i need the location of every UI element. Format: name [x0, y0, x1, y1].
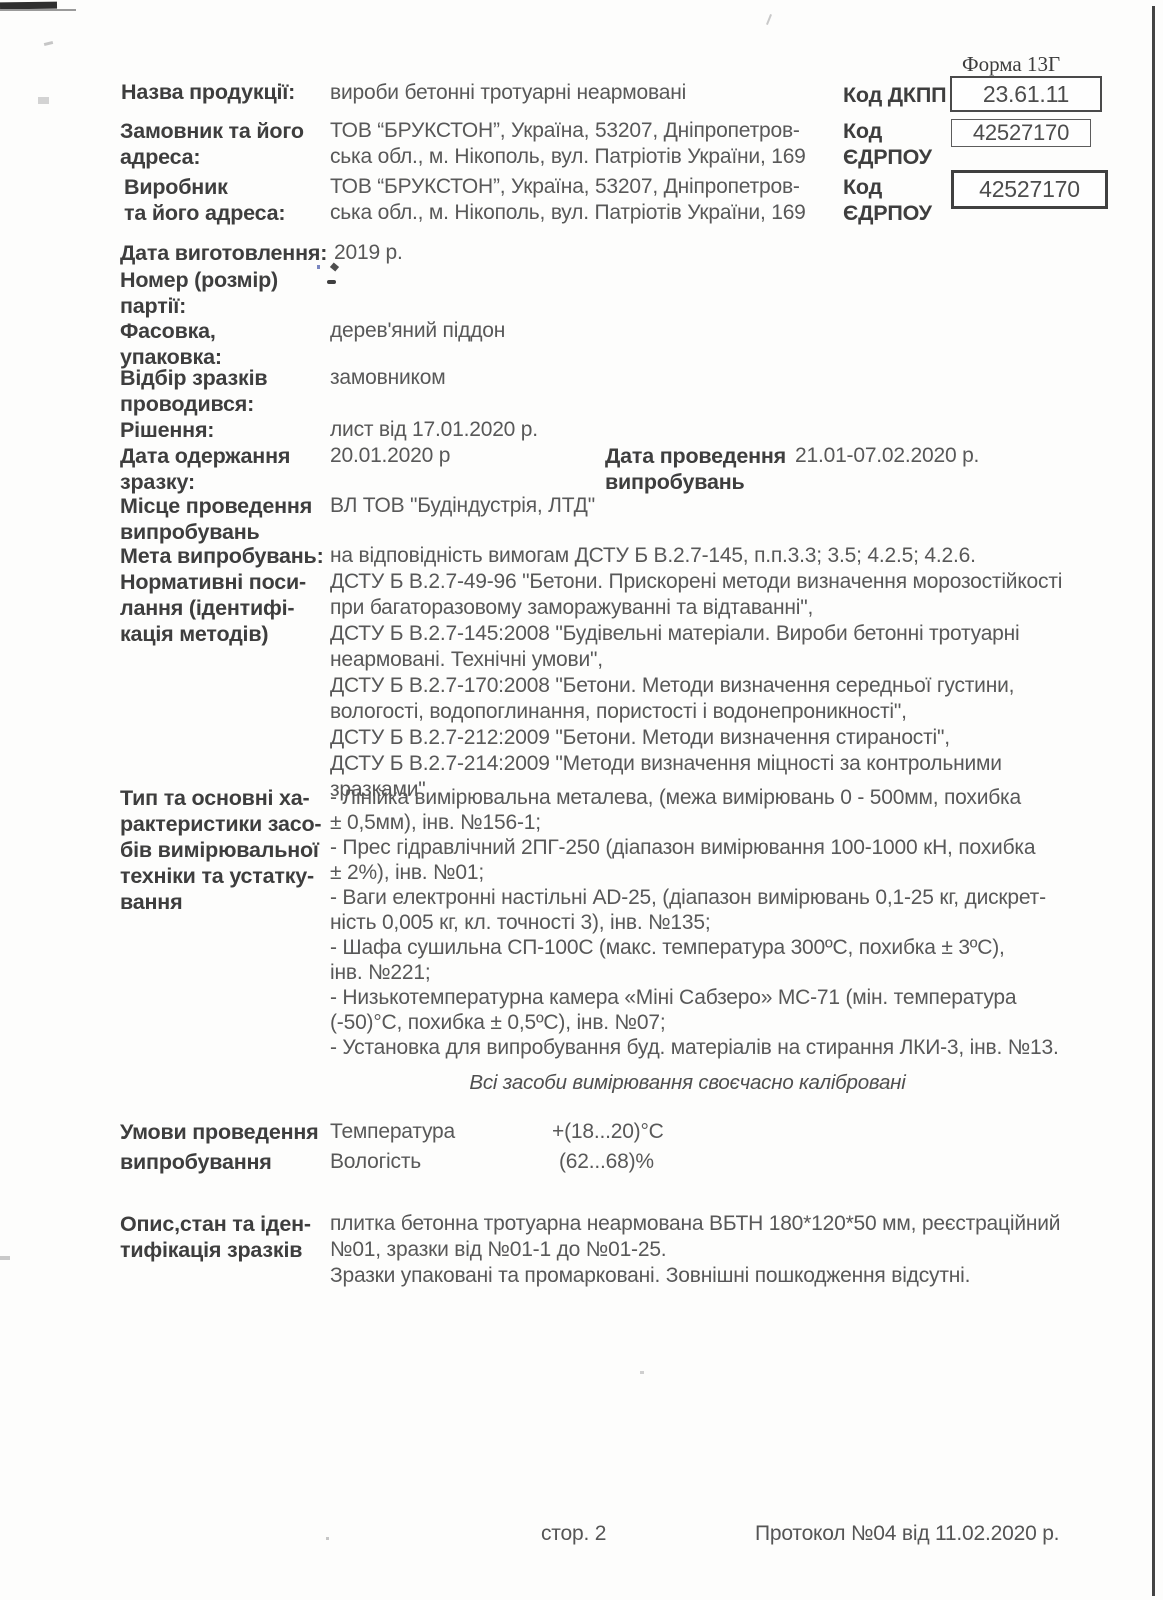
sampling-label-line2: проводився: — [120, 392, 254, 417]
test-dates-label-line1: Дата проведення — [605, 444, 786, 469]
customer-label-line2: адреса: — [120, 145, 200, 170]
scan-smudge — [38, 97, 49, 104]
packing-value: дерев'яний піддон — [330, 319, 505, 343]
manufacturer-value-line1: ТОВ “БРУКСТОН”, Україна, 53207, Дніпропе… — [330, 175, 800, 199]
equipment-value-line: (-50)°С, похибка ± 0,5ºС), інв. №07; — [330, 1011, 1059, 1036]
temperature-value: +(18...20)°С — [552, 1120, 664, 1144]
equipment-label-line: техніки та устатку- — [120, 864, 321, 890]
equipment-value-line: - Лінійка вимірювальна металева, (межа в… — [330, 786, 1059, 811]
normative-value: ДСТУ Б В.2.7-49-96 "Бетони. Прискорені м… — [330, 570, 1062, 804]
normative-value-line: ДСТУ Б В.2.7-214:2009 "Методи визначення… — [330, 752, 1062, 778]
sample-received-value: 20.01.2020 р — [330, 444, 450, 468]
manufacturer-edrpou-value: 42527170 — [979, 176, 1080, 203]
scan-smudge — [44, 41, 53, 46]
test-purpose-value: на відповідність вимогам ДСТУ Б В.2.7-14… — [330, 544, 976, 568]
test-place-label-line2: випробувань — [120, 520, 260, 545]
customer-edrpou-label-line2: ЄДРПОУ — [843, 145, 932, 170]
equipment-label: Тип та основні ха- рактеристики засо- бі… — [120, 786, 321, 916]
normative-value-line: ДСТУ Б В.2.7-49-96 "Бетони. Прискорені м… — [330, 570, 1062, 596]
manufacturer-edrpou-box: 42527170 — [951, 170, 1108, 209]
normative-label: Нормативні поси- лання (ідентифі- кація … — [120, 570, 306, 648]
normative-value-line: при багаторазовому заморажуванні та відт… — [330, 596, 1062, 622]
sample-received-label-line1: Дата одержання — [120, 444, 290, 469]
sample-received-label-line2: зразку: — [120, 470, 195, 495]
equipment-value-line: - Низькотемпературна камера «Міні Сабзер… — [330, 986, 1059, 1011]
description-label-line2: тифікація зразків — [120, 1238, 302, 1263]
equipment-value-line: - Установка для випробування буд. матері… — [330, 1036, 1059, 1061]
scan-smudge — [0, 1256, 10, 1260]
normative-value-line: ДСТУ Б В.2.7-212:2009 "Бетони. Методи ви… — [330, 726, 1062, 752]
scan-smudge — [766, 14, 772, 25]
normative-value-line: ДСТУ Б В.2.7-170:2008 "Бетони. Методи ви… — [330, 674, 1062, 700]
protocol-reference: Протокол №04 від 11.02.2020 р. — [755, 1522, 1059, 1546]
product-name-value: вироби бетонні тротуарні неармовані — [330, 81, 686, 105]
equipment-value-line: ність 0,005 кг, кл. точності 3), інв. №1… — [330, 911, 1059, 936]
normative-label-line: лання (ідентифі- — [120, 596, 306, 622]
dkpp-code-label: Код ДКПП — [843, 83, 946, 108]
dkpp-code-value: 23.61.11 — [983, 81, 1069, 108]
equipment-value-line: ± 2%), інв. №01; — [330, 861, 1059, 886]
description-value: плитка бетонна тротуарна неармована ВБТН… — [330, 1212, 1060, 1290]
normative-value-line: вологості, водопоглинання, пористості і … — [330, 700, 1062, 726]
manufacturer-edrpou-label-line1: Код — [843, 175, 882, 200]
equipment-label-line: бів вимірювальної — [120, 838, 321, 864]
test-purpose-label: Мета випробувань: — [120, 544, 324, 569]
equipment-value-line: - Прес гідравлічний 2ПГ-250 (діапазон ви… — [330, 836, 1059, 861]
page-number: стор. 2 — [541, 1522, 606, 1546]
customer-value-line1: ТОВ “БРУКСТОН”, Україна, 53207, Дніпропе… — [330, 119, 800, 143]
test-place-value: ВЛ ТОВ "Будіндустрія, ЛТД" — [330, 494, 595, 518]
equipment-value: - Лінійка вимірювальна металева, (межа в… — [330, 786, 1059, 1061]
batch-number-label-line2: партії: — [120, 294, 186, 319]
test-dates-label-line2: випробувань — [605, 470, 745, 495]
humidity-value: (62...68)% — [559, 1150, 654, 1174]
description-value-line: плитка бетонна тротуарна неармована ВБТН… — [330, 1212, 1060, 1238]
batch-value-mark — [317, 265, 320, 269]
equipment-value-line: інв. №221; — [330, 961, 1059, 986]
batch-number-label-line1: Номер (розмір) — [120, 268, 278, 293]
product-name-label: Назва продукції: — [121, 80, 295, 105]
sampling-label-line1: Відбір зразків — [120, 366, 267, 391]
scanned-document-page: Форма 13Г Назва продукції: вироби бетонн… — [0, 0, 1163, 1600]
description-label-line1: Опис,стан та іден- — [120, 1212, 311, 1237]
equipment-value-line: - Шафа сушильна СП-100С (макс. температу… — [330, 936, 1059, 961]
customer-label-line1: Замовник та його — [120, 119, 304, 144]
normative-value-line: неармовані. Технічні умови", — [330, 648, 1062, 674]
batch-value-mark — [327, 280, 336, 284]
conditions-label-line1: Умови проведення — [120, 1120, 319, 1145]
scan-corner-mark-tail — [0, 9, 76, 11]
manufacturer-label-line2: та його адреса: — [124, 201, 285, 226]
equipment-value-line: ± 0,5мм), інв. №156-1; — [330, 811, 1059, 836]
test-dates-value: 21.01-07.02.2020 р. — [795, 444, 979, 468]
sampling-value: замовником — [330, 366, 445, 390]
equipment-label-line: вання — [120, 890, 321, 916]
form-number-label: Форма 13Г — [962, 52, 1060, 77]
manufacturer-edrpou-label-line2: ЄДРПОУ — [843, 201, 932, 226]
temperature-label: Температура — [330, 1120, 455, 1144]
manufacturer-value-line2: ська обл., м. Нікополь, вул. Патріотів У… — [330, 201, 806, 225]
description-value-line: Зразки упаковані та промарковані. Зовніш… — [330, 1264, 1060, 1290]
scan-smudge — [326, 1537, 329, 1540]
customer-edrpou-label-line1: Код — [843, 119, 882, 144]
normative-label-line: Нормативні поси- — [120, 570, 306, 596]
decision-value: лист від 17.01.2020 р. — [330, 418, 538, 442]
customer-edrpou-box: 42527170 — [951, 119, 1091, 147]
normative-label-line: кація методів) — [120, 622, 306, 648]
decision-label: Рішення: — [120, 418, 214, 443]
conditions-label-line2: випробування — [120, 1150, 272, 1175]
calibration-note: Всі засоби вимірювання своєчасно калібро… — [330, 1071, 1045, 1095]
equipment-label-line: Тип та основні ха- — [120, 786, 321, 812]
description-value-line: №01, зразки від №01-1 до №01-25. — [330, 1238, 1060, 1264]
manufacturer-label-line1: Виробник — [124, 175, 228, 200]
packing-label-line1: Фасовка, — [120, 319, 216, 344]
manufacture-date-label: Дата виготовлення: — [120, 241, 327, 266]
humidity-label: Вологість — [330, 1150, 421, 1174]
customer-value-line2: ська обл., м. Нікополь, вул. Патріотів У… — [330, 145, 806, 169]
test-place-label-line1: Місце проведення — [120, 494, 312, 519]
equipment-label-line: рактеристики засо- — [120, 812, 321, 838]
manufacture-date-value: 2019 р. — [334, 241, 403, 265]
dkpp-code-box: 23.61.11 — [950, 76, 1102, 112]
scan-edge-line — [1152, 6, 1155, 1596]
equipment-value-line: - Ваги електронні настільні AD-25, (діап… — [330, 886, 1059, 911]
scan-smudge — [640, 1371, 644, 1374]
customer-edrpou-value: 42527170 — [973, 120, 1069, 146]
normative-value-line: ДСТУ Б В.2.7-145:2008 "Будівельні матері… — [330, 622, 1062, 648]
